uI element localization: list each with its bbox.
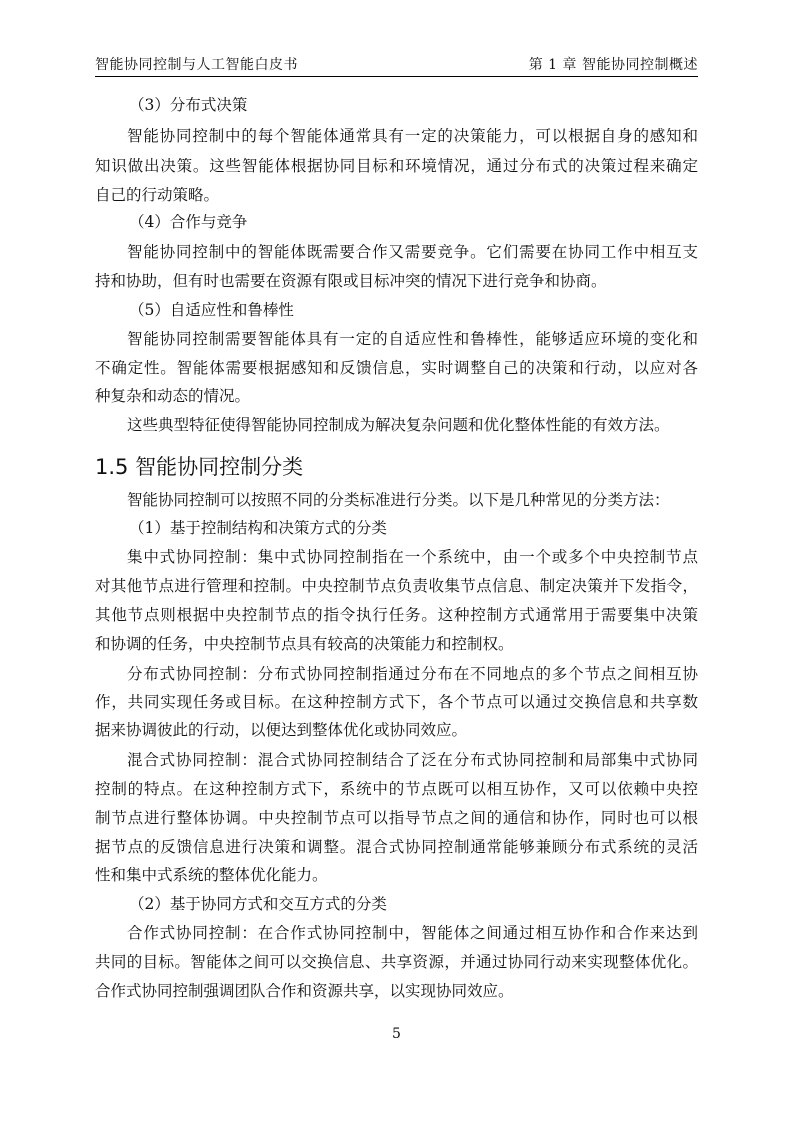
subsection-title: （1）基于控制结构和决策方式的分类 xyxy=(129,518,387,538)
paragraph-line: 这些典型特征使得智能协同控制成为解决复杂问题和优化整体性能的有效方法。 xyxy=(127,415,670,435)
paragraph-line: 制节点进行整体协调。中央控制节点可以指导节点之间的通信和协作，同时也可以根 xyxy=(95,808,698,828)
header-chapter-title: 第 1 章 智能协同控制概述 xyxy=(529,54,698,74)
subsection-title: （3）分布式决策 xyxy=(129,95,247,115)
paragraph-line: 对其他节点进行管理和控制。中央控制节点负责收集节点信息、制定决策并下发指令， xyxy=(95,576,698,596)
subsection-title: （2）基于协同方式和交互方式的分类 xyxy=(129,894,387,914)
paragraph-line: 分布式协同控制：分布式协同控制指通过分布在不同地点的多个节点之间相互协 xyxy=(127,664,698,684)
paragraph-line: 智能协同控制中的智能体既需要合作又需要竞争。它们需要在协同工作中相互支 xyxy=(127,242,698,262)
paragraph-line: 和协调的任务，中央控制节点具有较高的决策能力和控制权。 xyxy=(95,634,514,654)
paragraph-line: 作，共同实现任务或目标。在这种控制方式下，各个节点可以通过交换信息和共享数 xyxy=(95,692,698,712)
subsection-title: （4）合作与竞争 xyxy=(129,212,247,232)
paragraph-line: 自己的行动策略。 xyxy=(95,185,219,205)
section-heading: 1.5 智能协同控制分类 xyxy=(95,451,303,481)
page-number: 5 xyxy=(0,1026,793,1042)
header-divider xyxy=(95,76,698,77)
paragraph-line: 智能协同控制可以按照不同的分类标准进行分类。以下是几种常见的分类方法： xyxy=(127,490,670,510)
header-book-title: 智能协同控制与人工智能白皮书 xyxy=(95,54,298,74)
subsection-title: （5）自适应性和鲁棒性 xyxy=(129,300,294,320)
paragraph-line: 持和协助，但有时也需要在资源有限或目标冲突的情况下进行竞争和协商。 xyxy=(95,271,607,291)
paragraph-line: 集中式协同控制：集中式协同控制指在一个系统中，由一个或多个中央控制节点 xyxy=(127,547,698,567)
paragraph-line: 据节点的反馈信息进行决策和调整。混合式协同控制通常能够兼顾分布式系统的灵活 xyxy=(95,837,698,857)
paragraph-line: 合作式协同控制强调团队合作和资源共享，以实现协同效应。 xyxy=(95,981,514,1001)
running-header: 智能协同控制与人工智能白皮书 第 1 章 智能协同控制概述 xyxy=(95,52,698,76)
paragraph-line: 混合式协同控制：混合式协同控制结合了泛在分布式协同控制和局部集中式协同 xyxy=(127,750,698,770)
paragraph-line: 其他节点则根据中央控制节点的指令执行任务。这种控制方式通常用于需要集中决策 xyxy=(95,605,698,625)
paragraph-line: 性和集中式系统的整体优化能力。 xyxy=(95,865,328,885)
paragraph-line: 据来协调彼此的行动，以便达到整体优化或协同效应。 xyxy=(95,720,467,740)
paragraph-line: 合作式协同控制：在合作式协同控制中，智能体之间通过相互协作和合作来达到 xyxy=(127,923,698,943)
paragraph-line: 控制的特点。在这种控制方式下，系统中的节点既可以相互协作，又可以依赖中央控 xyxy=(95,779,698,799)
document-page: 智能协同控制与人工智能白皮书 第 1 章 智能协同控制概述 （3）分布式决策 智… xyxy=(0,0,793,1122)
paragraph-line: 知识做出决策。这些智能体根据协同目标和环境情况，通过分布式的决策过程来确定 xyxy=(95,156,698,176)
paragraph-line: 智能协同控制中的每个智能体通常具有一定的决策能力，可以根据自身的感知和 xyxy=(127,126,698,146)
paragraph-line: 智能协同控制需要智能体具有一定的自适应性和鲁棒性，能够适应环境的变化和 xyxy=(127,329,698,349)
paragraph-line: 不确定性。智能体需要根据感知和反馈信息，实时调整自己的决策和行动，以应对各 xyxy=(95,358,698,378)
paragraph-line: 种复杂和动态的情况。 xyxy=(95,386,250,406)
paragraph-line: 共同的目标。智能体之间可以交换信息、共享资源，并通过协同行动来实现整体优化。 xyxy=(95,952,698,972)
